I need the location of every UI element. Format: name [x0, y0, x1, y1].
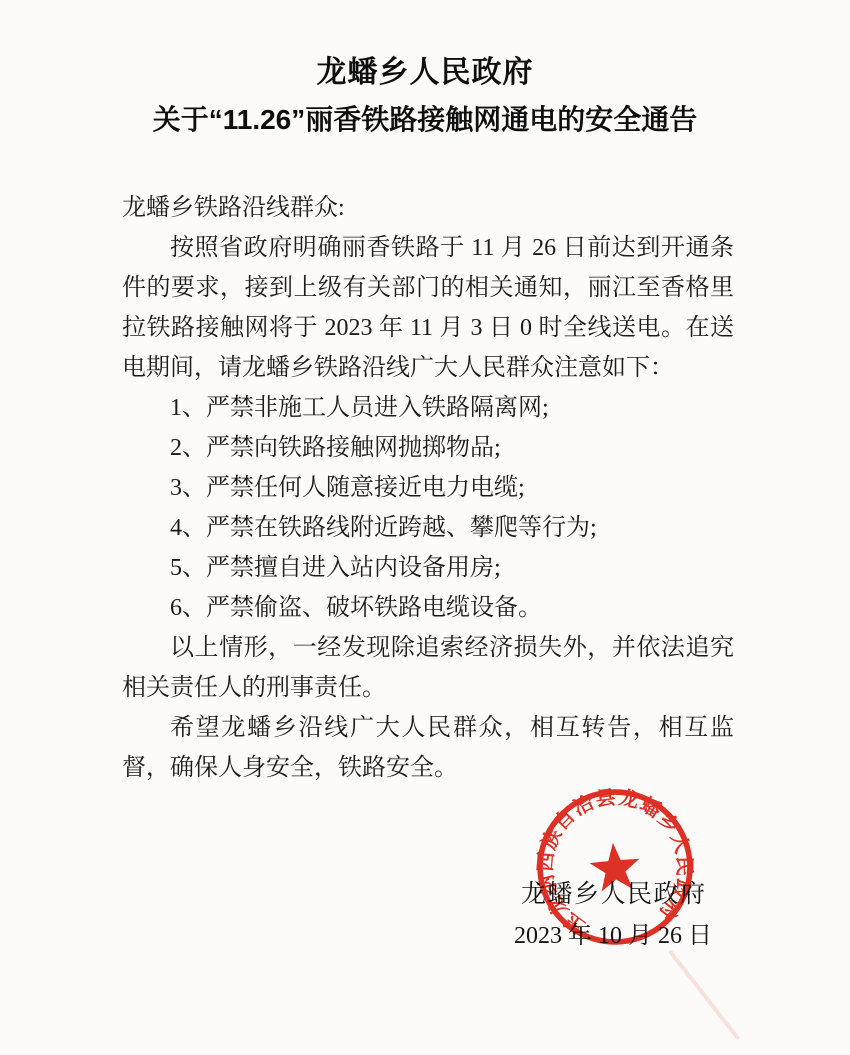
intro-paragraph: 按照省政府明确丽香铁路于 11 月 26 日前达到开通条件的要求，接到上级有关部…: [122, 228, 734, 388]
notice-item-1: 1、严禁非施工人员进入铁路隔离网;: [122, 388, 734, 428]
ink-smudge: [668, 950, 740, 1041]
star-icon: [588, 841, 642, 893]
doc-body: 龙蟠乡铁路沿线群众: 按照省政府明确丽香铁路于 11 月 26 日前达到开通条件…: [122, 188, 734, 788]
notice-item-4: 4、严禁在铁路线附近跨越、攀爬等行为;: [122, 508, 734, 548]
notice-item-6: 6、严禁偷盗、破坏铁路电缆设备。: [122, 588, 734, 628]
official-seal: 玉龙纳西族自治县龙蟠乡人民政府: [527, 779, 703, 955]
notice-item-2: 2、严禁向铁路接触网抛掷物品;: [122, 428, 734, 468]
hope-paragraph: 希望龙蟠乡沿线广大人民群众，相互转告，相互监督，确保人身安全，铁路安全。: [122, 708, 734, 788]
doc-subtitle: 关于“11.26”丽香铁路接触网通电的安全通告: [0, 98, 850, 142]
notice-item-3: 3、严禁任何人随意接近电力电缆;: [122, 468, 734, 508]
notice-item-5: 5、严禁擅自进入站内设备用房;: [122, 548, 734, 588]
salutation: 龙蟠乡铁路沿线群众:: [122, 188, 734, 228]
doc-title: 龙蟠乡人民政府: [0, 54, 850, 92]
document-page: 龙蟠乡人民政府 关于“11.26”丽香铁路接触网通电的安全通告 龙蟠乡铁路沿线群…: [0, 0, 850, 1055]
warning-paragraph: 以上情形，一经发现除追索经济损失外，并依法追究相关责任人的刑事责任。: [122, 628, 734, 708]
